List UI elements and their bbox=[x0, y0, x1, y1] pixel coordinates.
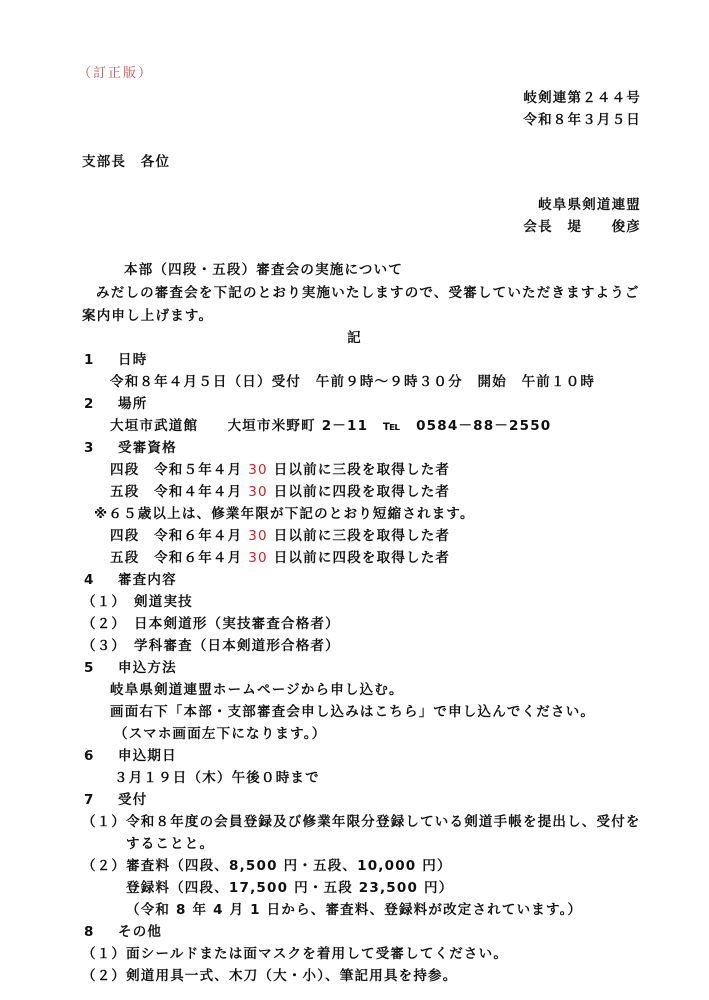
reception-item: 登録料（四段、17,500 円・五段 23,500 円） bbox=[126, 878, 453, 898]
section-1-heading: 1日時 bbox=[84, 350, 147, 370]
other-item: （１）面シールドまたは面マスクを着用して受審してください。 bbox=[82, 944, 508, 964]
section-1-line: 令和８年４月５日（日）受付 午前９時～９時３０分 開始 午前１０時 bbox=[110, 372, 595, 392]
section-2-heading: 2場所 bbox=[84, 394, 147, 414]
highlight-date: 30 bbox=[248, 484, 268, 500]
senior-note: ※６５歳以上は、修業年限が下記のとおり短縮されます。 bbox=[94, 504, 475, 524]
reception-item: （２）審査料（四段、8,500 円・五段、10,000 円） bbox=[82, 856, 452, 876]
reception-item: （令和 8 年 4 月 1 日から、審査料、登録料が改定されています。） bbox=[126, 900, 582, 920]
section-2-line: 大垣市武道館 大垣市米野町 2－11 ℡ 0584－88－2550 bbox=[110, 416, 551, 436]
application-line: （スマホ画面左下になります。） bbox=[114, 724, 326, 744]
qualification-line: 五段 令和４年４月 30 日以前に四段を取得した者 bbox=[110, 482, 450, 502]
document-number: 岐剣連第２４４号 bbox=[523, 88, 641, 108]
section-4-heading: 4審査内容 bbox=[84, 570, 177, 590]
highlight-date: 30 bbox=[248, 462, 268, 478]
document-title: 本部（四段・五段）審査会の実施について bbox=[124, 260, 403, 280]
ki-heading: 記 bbox=[0, 328, 709, 348]
reception-item: することと。 bbox=[126, 834, 214, 854]
document-date: 令和８年３月５日 bbox=[523, 110, 641, 130]
exam-item: （３） 学科審査（日本剣道形合格者） bbox=[82, 636, 340, 656]
exam-item: （２） 日本剣道形（実技審査合格者） bbox=[82, 614, 340, 634]
section-7-heading: 7受付 bbox=[84, 790, 147, 810]
qualification-line: 四段 令和５年４月 30 日以前に三段を取得した者 bbox=[110, 460, 450, 480]
section-6-heading: 6申込期日 bbox=[84, 746, 177, 766]
application-line: 岐阜県剣道連盟ホームページから申し込む。 bbox=[110, 680, 404, 700]
sender-name: 会長 堤 俊彦 bbox=[523, 217, 641, 237]
intro-text-line2: 案内申し上げます。 bbox=[82, 306, 213, 326]
qualification-line: 四段 令和６年４月 30 日以前に三段を取得した者 bbox=[110, 526, 450, 546]
other-item: （２）剣道用具一式、木刀（大・小）、筆記用具を持参。 bbox=[82, 966, 457, 986]
deadline-line: ３月１９日（木）午後０時まで bbox=[114, 768, 320, 788]
section-5-heading: 5申込方法 bbox=[84, 658, 177, 678]
highlight-date: 30 bbox=[248, 528, 268, 544]
qualification-line: 五段 令和６年４月 30 日以前に四段を取得した者 bbox=[110, 548, 450, 568]
intro-text-line1: みだしの審査会を下記のとおり実施いたしますので、受審していただきますようご bbox=[96, 283, 640, 303]
highlight-date: 30 bbox=[248, 550, 268, 566]
exam-item: （１） 剣道実技 bbox=[82, 592, 193, 612]
addressee: 支部長 各位 bbox=[82, 152, 170, 172]
correction-label: （訂正版） bbox=[78, 64, 153, 84]
reception-item: （１）令和８年度の会員登録及び修業年限分登録している剣道手帳を提出し、受付を bbox=[82, 812, 641, 832]
section-3-heading: 3受審資格 bbox=[84, 438, 177, 458]
organization-name: 岐阜県剣道連盟 bbox=[538, 195, 641, 215]
application-line: 画面右下「本部・支部審査会申し込みはこちら」で申し込んでください。 bbox=[110, 702, 595, 722]
section-8-heading: 8その他 bbox=[84, 922, 162, 942]
